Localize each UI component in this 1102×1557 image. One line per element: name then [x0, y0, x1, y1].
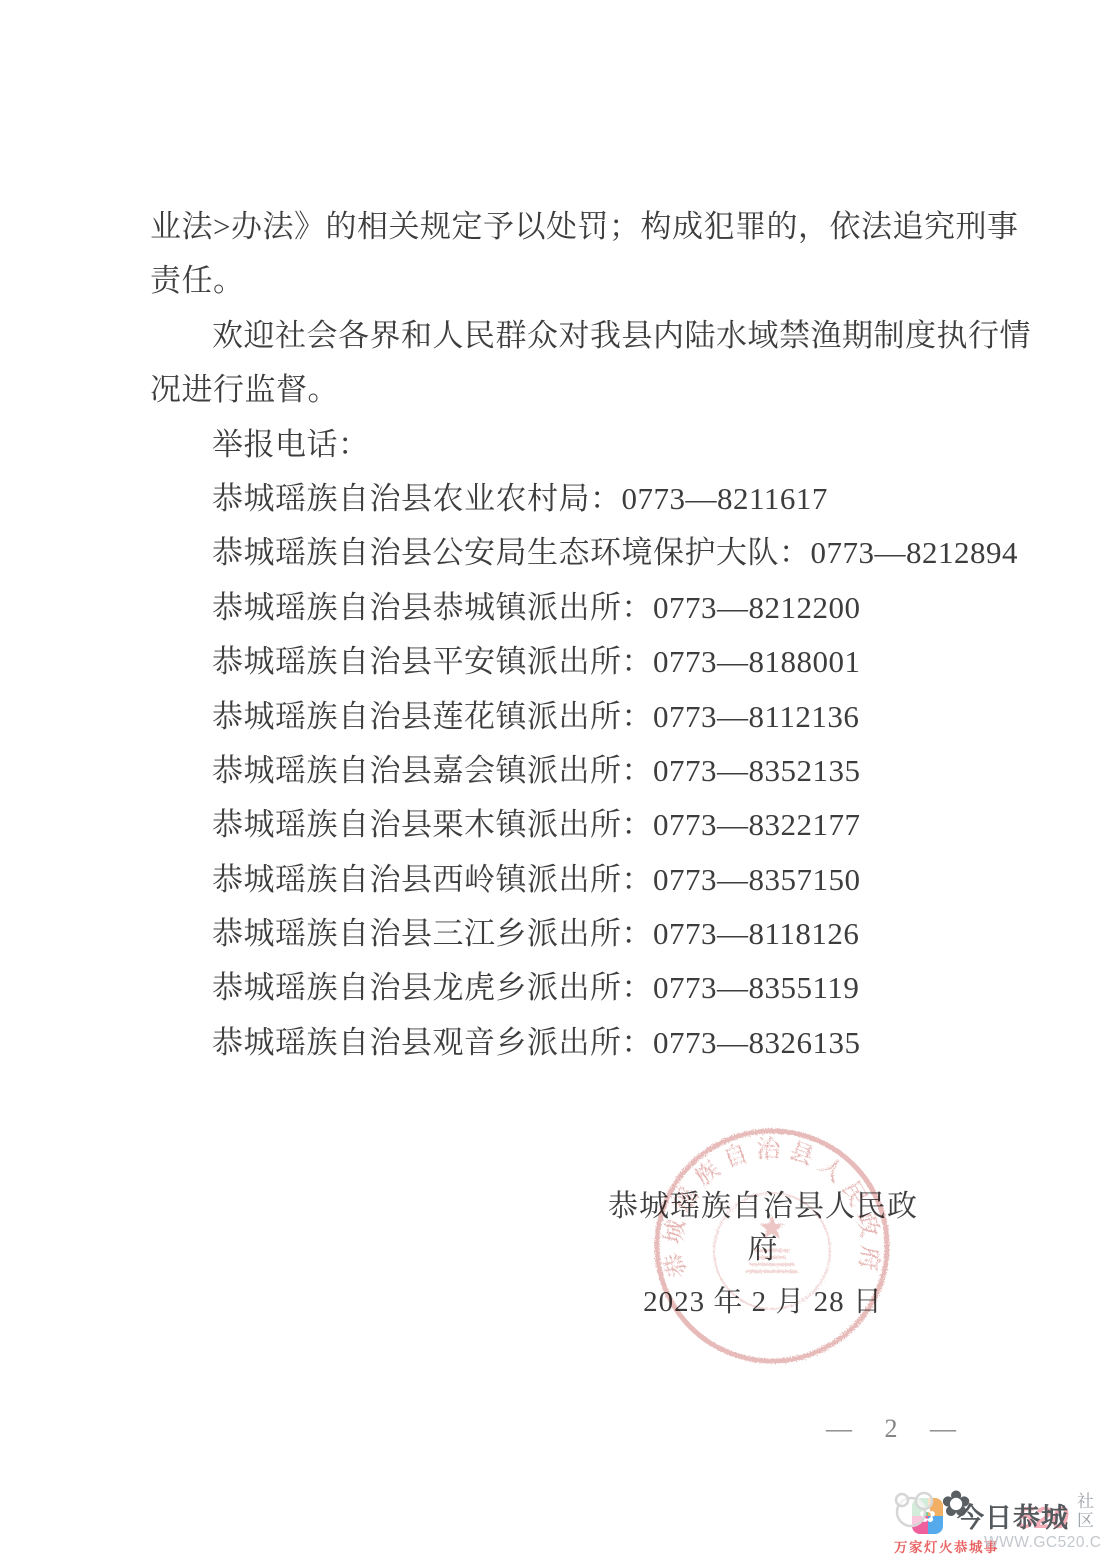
- body-line: 业法>办法》的相关规定予以处罚；构成犯罪的，依法追究刑事: [150, 200, 1020, 254]
- hotline-entry: 恭城瑶族自治县西岭镇派出所：0773—8357150: [150, 853, 1020, 907]
- report-hotline-heading: 举报电话：: [150, 418, 1020, 472]
- hotline-entry: 恭城瑶族自治县莲花镇派出所：0773—8112136: [150, 690, 1020, 744]
- signature-block: 恭城瑶族自治县人民政府 2023 年 2 月 28 日: [596, 1186, 930, 1322]
- hotline-entry: 恭城瑶族自治县农业农村局：0773—8211617: [150, 472, 1020, 526]
- document-page: 业法>办法》的相关规定予以处罚；构成犯罪的，依法追究刑事 责任。 欢迎社会各界和…: [0, 0, 1102, 1557]
- hotline-entry: 恭城瑶族自治县恭城镇派出所：0773—8212200: [150, 581, 1020, 635]
- body-line: 况进行监督。: [150, 363, 1020, 417]
- hotline-entry: 恭城瑶族自治县嘉会镇派出所：0773—8352135: [150, 744, 1020, 798]
- body-line: 欢迎社会各界和人民群众对我县内陆水域禁渔期制度执行情: [150, 309, 1020, 363]
- body-line: 责任。: [150, 254, 1020, 308]
- watermark-bubble-icon: [891, 1488, 939, 1534]
- watermark-brand-suffix: 社区: [1077, 1492, 1096, 1530]
- hotline-entry: 恭城瑶族自治县公安局生态环境保护大队：0773—8212894: [150, 526, 1020, 580]
- hotline-entry: 恭城瑶族自治县观音乡派出所：0773—8326135: [150, 1016, 1020, 1070]
- watermark-brand: 今日恭城: [957, 1496, 1069, 1535]
- document-body: 业法>办法》的相关规定予以处罚；构成犯罪的，依法追究刑事 责任。 欢迎社会各界和…: [150, 200, 1020, 1070]
- hotline-entry: 恭城瑶族自治县平安镇派出所：0773—8188001: [150, 635, 1020, 689]
- hotline-entry: 恭城瑶族自治县三江乡派出所：0773—8118126: [150, 907, 1020, 961]
- hotline-entry: 恭城瑶族自治县栗木镇派出所：0773—8322177: [150, 798, 1020, 852]
- hotline-entry: 恭城瑶族自治县龙虎乡派出所：0773—8355119: [150, 961, 1020, 1015]
- page-number: — 2 —: [826, 1414, 957, 1444]
- gc520-watermark: ✿ ✿ 520 今日恭城 社区 万家灯火恭城事 WWW.GC520.CN: [891, 1484, 1102, 1556]
- signature-date: 2023 年 2 月 28 日: [596, 1282, 930, 1322]
- signature-issuer: 恭城瑶族自治县人民政府: [596, 1186, 930, 1270]
- watermark-url: WWW.GC520.CN: [984, 1534, 1102, 1552]
